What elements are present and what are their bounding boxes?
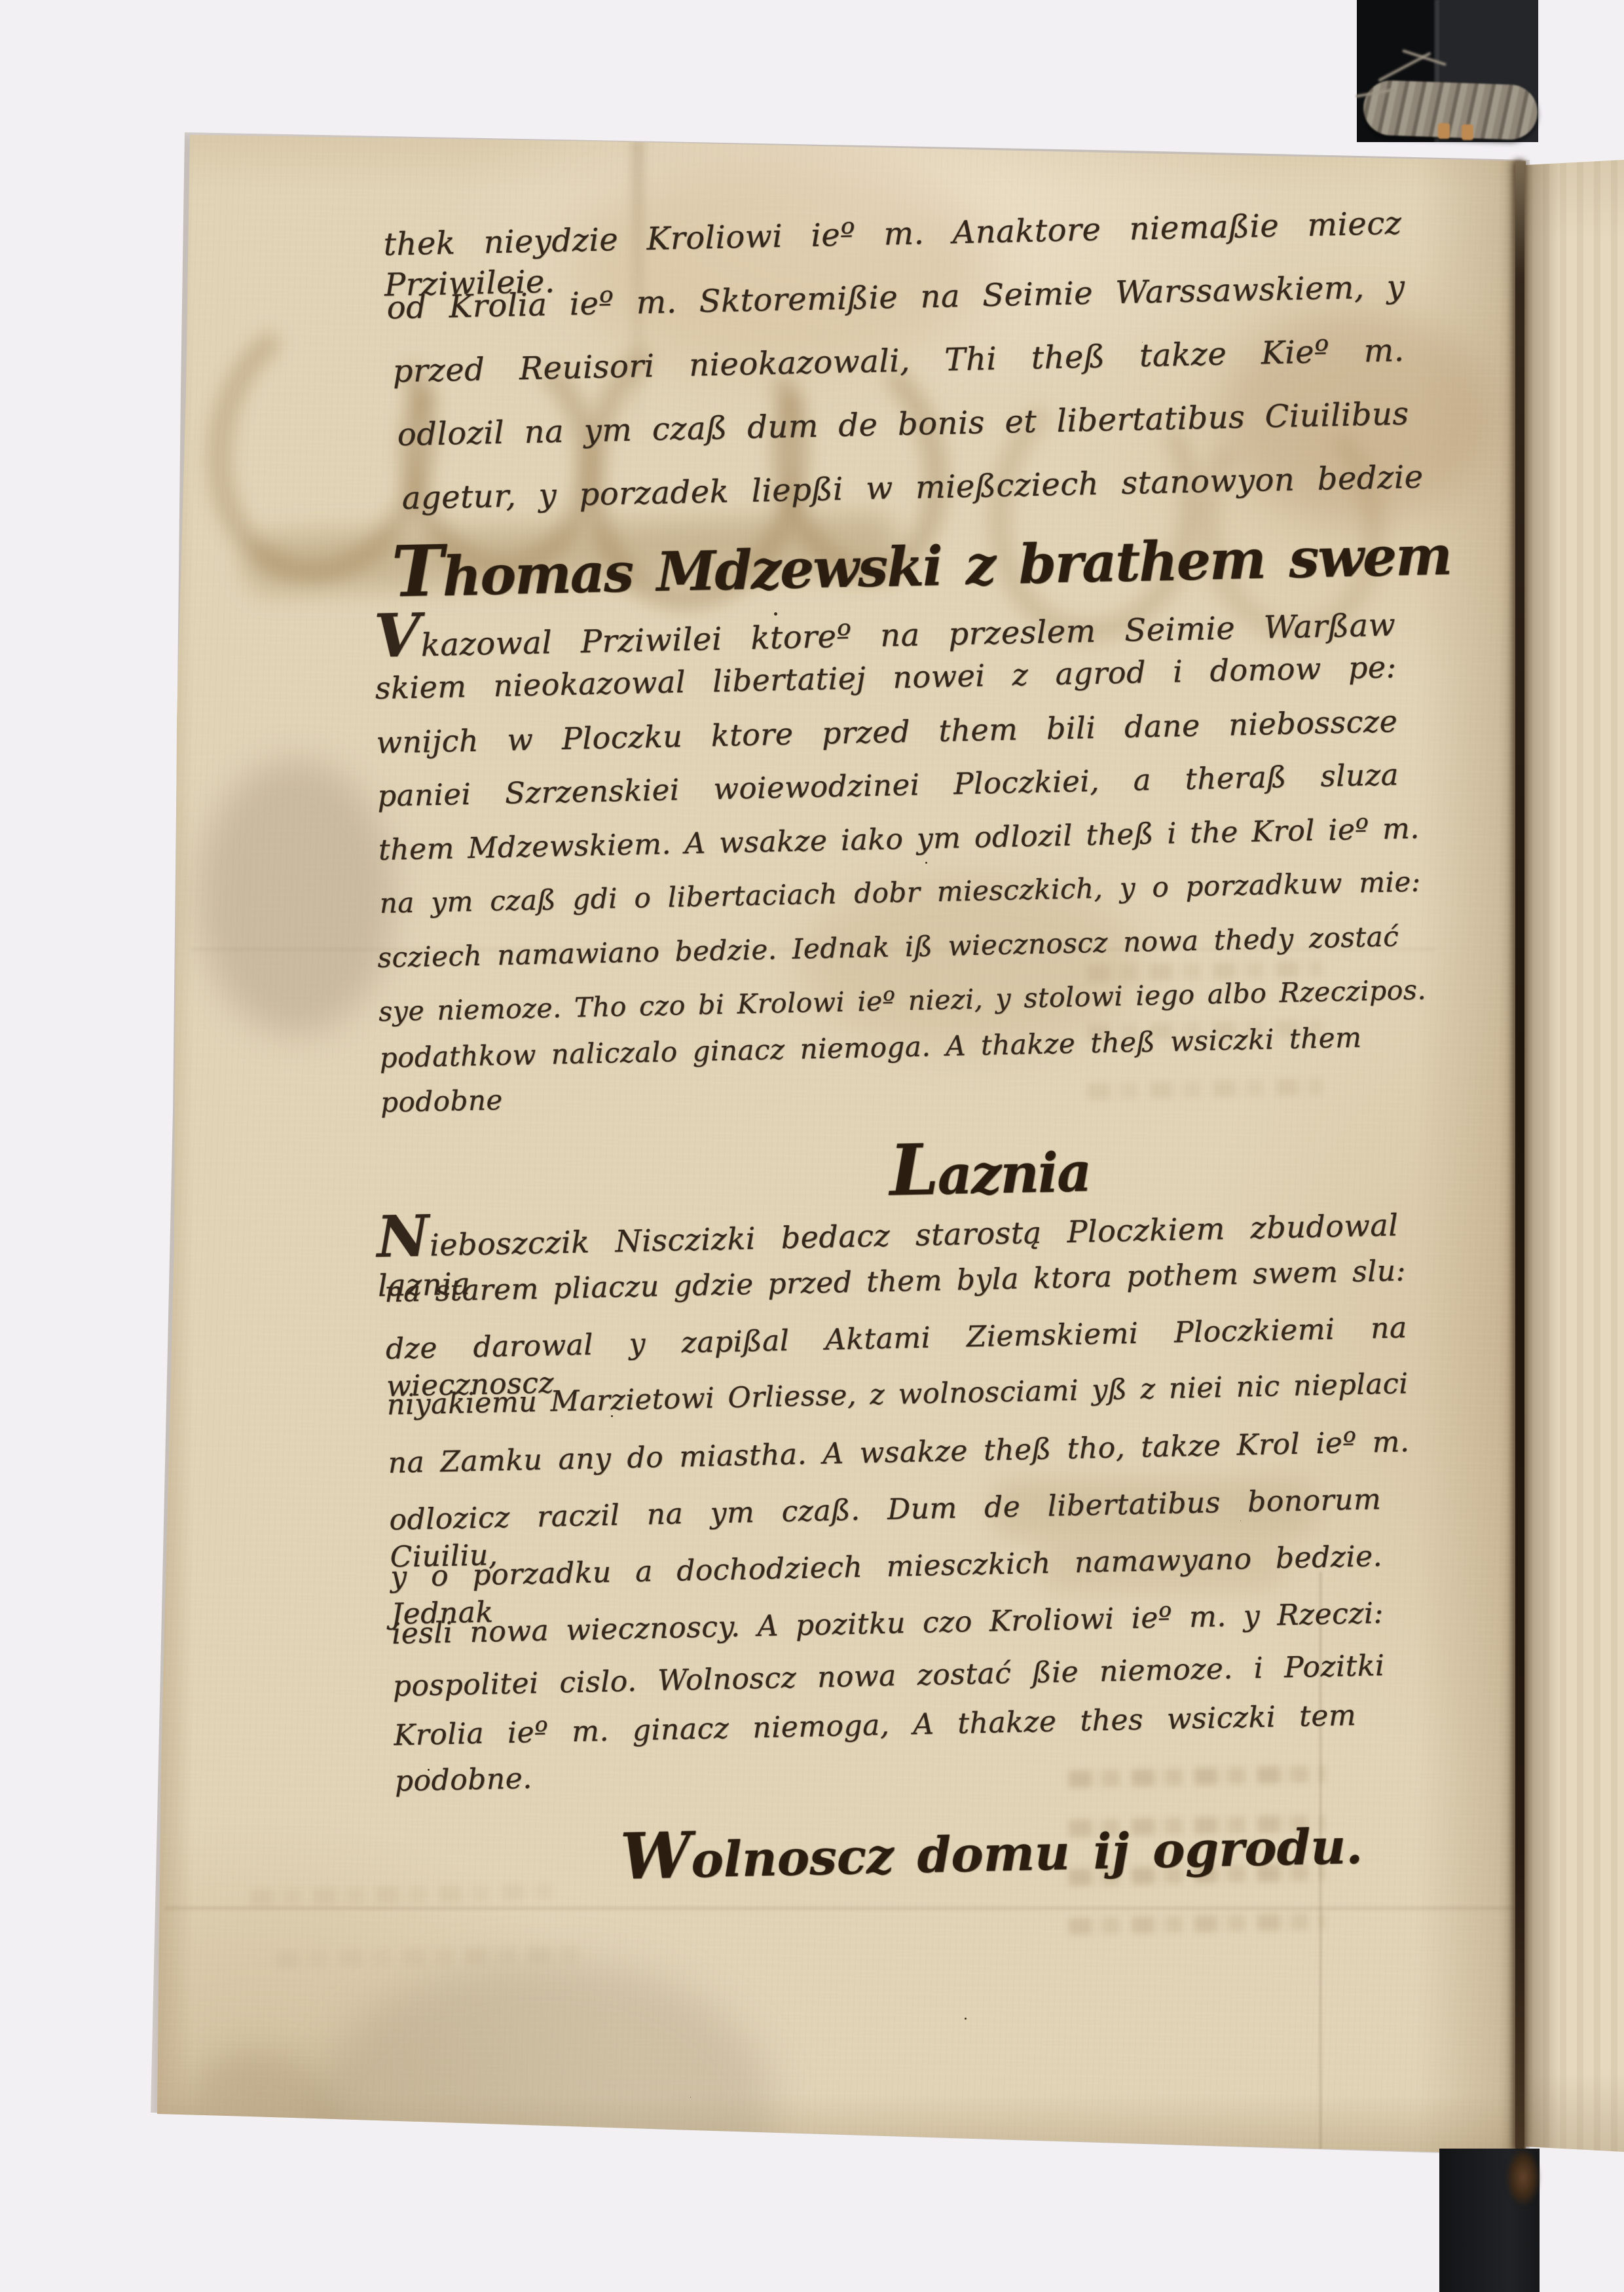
manuscript-line: paniei Szrzenskiei woiewodzinei Ploczkie… [377,756,1399,815]
scan-background: { "manuscript": { "p1_lines": [ "thek ni… [0,0,1624,2292]
manuscript-line: scziech namawiano bedzie. Iednak iß wiec… [377,919,1399,976]
manuscript-line: podobne. [394,1758,611,1800]
section-heading-laznia: Laznia [889,1125,1091,1213]
binding-strip-stain [1506,2149,1540,2206]
ink-specks [152,131,155,134]
manuscript-line: odlozil na ym czaß dum de bonis et liber… [397,394,1409,456]
manuscript-line: na Zamku any do miastha. A wsakze theß t… [388,1423,1410,1482]
cord-mark [1438,123,1450,139]
manuscript-line: agetur, y porzadek liepßi w mießcziech s… [401,456,1424,519]
manuscript-line: przed Reuisori nieokazowali, Thi theß ta… [392,330,1405,392]
manuscript-line: na ym czaß gdi o libertaciach dobr miesc… [379,864,1421,922]
manuscript-line: them Mdzewskiem. A wsakze iako ym odlozi… [378,810,1420,869]
cord-mark [1462,124,1473,140]
manuscript-line: podathkow naliczalo ginacz niemoga. A th… [379,1020,1362,1077]
manuscript-line: podobne [380,1081,591,1120]
manuscript-page: thek nieydzie Kroliowi ieº m. Anaktore n… [152,131,1526,2154]
adjacent-page-edge [1526,160,1624,2152]
manuscript-line: pospolitei cislo. Wolnoscz nowa zostać ß… [392,1647,1385,1705]
handwritten-text-block: thek nieydzie Kroliowi ieº m. Anaktore n… [152,102,1568,2154]
manuscript-line: wnijch w Ploczku ktore przed them bili d… [376,702,1398,762]
manuscript-line: sye niemoze. Tho czo bi Krolowi ieº niez… [378,973,1427,1030]
manuscript-line: Krolia ieº m. ginacz niemoga, A thakze t… [394,1697,1357,1754]
gutter-crack [1515,161,1524,2151]
section-heading-wolnoscz-domu: Wolnoscz domu ij ogrodu. [619,1803,1363,1895]
